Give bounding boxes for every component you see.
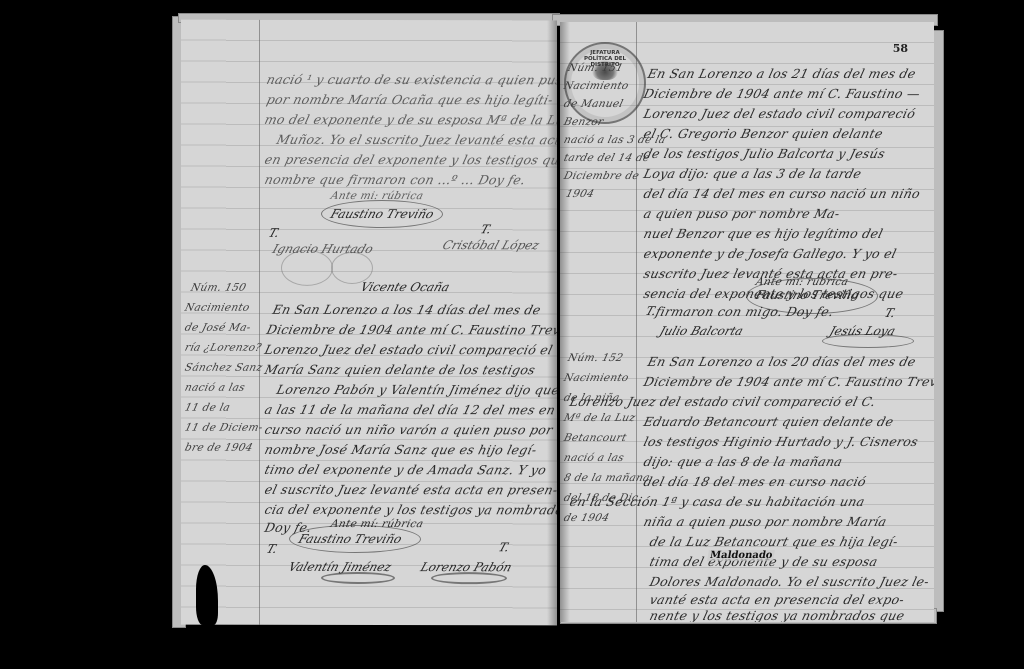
text-line: Lorenzo Juez del estado civil compareció… [568,394,877,409]
text-line: de la Luz Betancourt que es hija legí- [648,534,900,549]
margin-note-line: bre de 1904 [184,442,255,454]
text-line: cia del exponente y los testigos ya nomb… [263,502,557,518]
margin-note-line: Núm. 152 [567,352,625,364]
text-line: del día 18 del mes en curso nació [642,474,868,489]
text-line: en presencia del exponente y los testigo… [263,152,557,168]
margin-note-line: Nacimiento [563,80,631,92]
text-line: dijo: que a las 8 de la mañana [642,454,844,469]
margin-note-line: Mª de la Luz [563,412,637,424]
text-line: del día 14 del mes en curso nació un niñ… [642,186,922,201]
margin-note-line: Diciembre de [563,170,641,182]
text-line: de los testigos Julio Balcorta y Jesús [642,146,887,161]
text-line: el suscrito Juez levanté esta acta en pr… [263,482,557,498]
margin-note-line: Nacimiento [563,372,631,384]
margin-note-line: Núm. 151 [567,62,625,74]
text-line: María Sanz quien delante de los testigos [263,362,537,377]
text-line: vanté esta acta en presencia del expo- [648,592,906,607]
witness-mark: T. [883,306,898,320]
text-line: Muñoz. Yo el suscrito Juez levanté esta … [275,132,557,148]
text-line: nombre que firmaron con ...º ... Doy fe. [263,172,527,187]
text-line: Lorenzo Juez del estado civil compareció [642,106,917,121]
text-line: timo del exponente y de Amada Sanz. Y yo [263,462,548,477]
margin-note-line: de Manuel [563,98,625,110]
right-page: 58 JEFATURA POLÍTICA DEL DISTRITO Núm. 1… [560,22,934,622]
text-line: nació ¹ y cuarto de su existencia a quie… [265,72,557,88]
text-line: el C. Gregorio Benzor quien delante [642,126,885,141]
text-line: exponente y de Josefa Gallego. Y yo el [642,246,898,261]
text-line: curso nació un niño varón a quien puso p… [263,422,554,437]
text-line: Diciembre de 1904 ante mí C. Faustino Tr… [642,374,934,389]
signature-flourish [822,334,914,348]
signature-rubric [281,250,333,286]
margin-note-line: nació a las [184,382,247,394]
text-line: nombre José María Sanz que es hijo legí- [263,442,538,457]
margin-note-line: Betancourt [563,432,628,444]
margin-note-line: nació a las [563,452,626,464]
margin-note-line: Sánchez Sanz [184,362,264,374]
witness-mark: T. [479,222,494,236]
text-line: Diciembre de 1904 ante mí C. Faustino — [642,86,922,101]
text-line: nente y los testigos ya nombrados que [648,608,906,622]
text-line: los testigos Higinio Hurtado y J. Cisner… [642,434,920,449]
signature-rubric [321,200,443,228]
witness-signature: Julio Balcorta [658,324,745,338]
signature-flourish [321,572,395,584]
text-line: mo del exponente y de su esposa Mª de la… [263,112,557,128]
margin-note-line: tarde del 14 de [563,152,652,164]
margin-note-line: 11 de Diciem- [184,422,265,434]
margin-note-line: de José Ma- [184,322,253,334]
text-line: niña a quien puso por nombre María [642,514,888,529]
text-line: En San Lorenzo a los 20 días del mes de [646,354,917,369]
text-line: En San Lorenzo a los 14 días del mes de [271,302,542,317]
overlay-stamp: Maldonado [707,550,775,561]
margin-note-line: Núm. 150 [190,282,248,294]
margin-note-line: Benzor [563,116,605,128]
witness-mark: T. [265,542,280,556]
text-line: a las 11 de la mañana del día 12 del mes… [263,402,557,418]
page-number: 58 [893,42,908,55]
spine-shadow [560,22,570,622]
margin-rule [636,22,637,622]
text-line: Eduardo Betancourt quien delante de [642,414,895,429]
signature-rubric [746,278,878,314]
open-ledger-book: nació ¹ y cuarto de su existencia a quie… [0,0,1024,669]
left-page: nació ¹ y cuarto de su existencia a quie… [181,20,557,626]
margin-note-line: ría ¿Lorenzo? [184,342,263,354]
signature-flourish [431,572,507,584]
text-line: a quien puso por nombre Ma- [642,206,841,221]
margin-note-line: 1904 [565,188,596,200]
text-line: por nombre María Ocaña que es hijo legít… [265,92,555,107]
margin-note-line: 11 de la [184,402,232,414]
margin-note-line: Nacimiento [184,302,252,314]
margin-rule [259,20,260,625]
witness-signature: Cristóbal López [441,238,541,252]
text-line: En San Lorenzo a los 21 días del mes de [646,66,917,81]
text-line: Dolores Maldonado. Yo el suscrito Juez l… [648,574,931,589]
text-line: Diciembre de 1904 ante mí C. Faustino Tr… [265,322,557,338]
text-line: Lorenzo Pabón y Valentín Jiménez dijo qu… [275,382,557,397]
text-line: en la Sección 1ª y casa de su habitación… [568,494,866,509]
text-line: nuel Benzor que es hijo legítimo del [642,226,885,241]
signature-rubric [289,525,421,553]
exponent-signature: Vicente Ocaña [359,280,452,294]
margin-note-line: de 1904 [563,512,611,524]
witness-mark: T. [497,540,512,554]
witness-mark: T. [267,226,282,240]
text-line: Loya dijo: que a las 3 de la tarde [642,166,863,181]
text-line: Lorenzo Juez del estado civil compareció… [263,342,557,358]
margin-note-line: 8 de la mañana [563,472,652,484]
